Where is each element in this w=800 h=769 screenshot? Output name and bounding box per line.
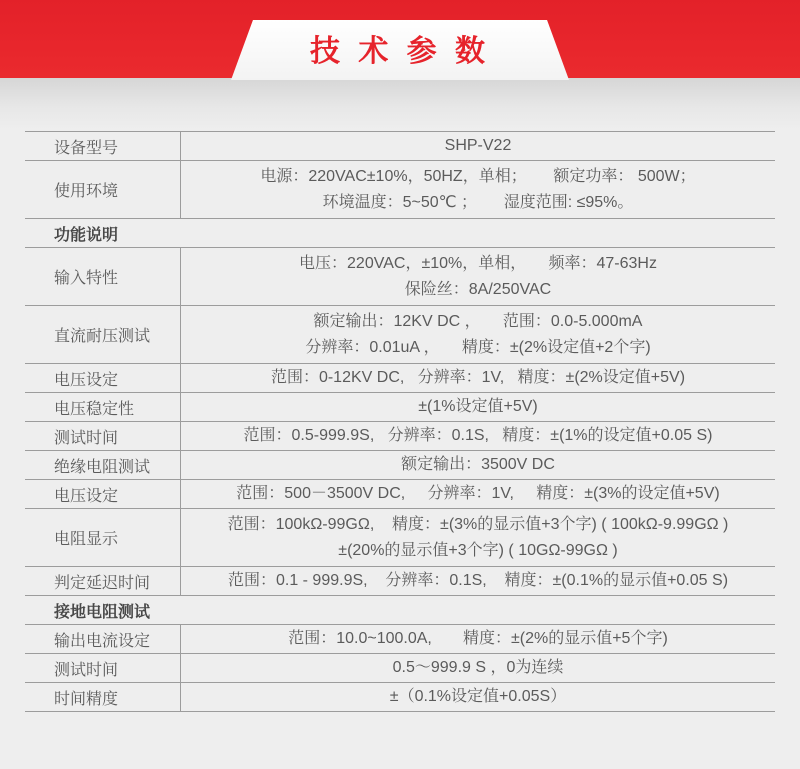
row-value-line: 范围：100kΩ-99GΩ, 精度：±(3%的显示值+3个字) ( 100kΩ-… <box>228 512 729 538</box>
table-row: 输出电流设定范围：10.0~100.0A, 精度：±(2%的显示值+5个字) <box>25 625 775 654</box>
table-row: 时间精度±（0.1%设定值+0.05S） <box>25 683 775 712</box>
row-value-line: 保险丝：8A/250VAC <box>405 277 551 303</box>
row-label: 绝缘电阻测试 <box>25 451 181 479</box>
row-label: 判定延迟时间 <box>25 567 181 595</box>
row-value-line: ±(20%的显示值+3个字) ( 10GΩ-99GΩ ) <box>338 538 617 564</box>
row-value-line: 范围：0.5-999.9S, 分辨率：0.1S, 精度：±(1%的设定值+0.0… <box>244 423 713 449</box>
row-label: 输入特性 <box>25 248 181 305</box>
row-value: 范围：0.1 - 999.9S, 分辨率：0.1S, 精度：±(0.1%的显示值… <box>181 567 775 595</box>
table-row: 输入特性电压：220VAC，±10%，单相， 频率：47-63Hz保险丝：8A/… <box>25 248 775 306</box>
row-value: 范围：0-12KV DC, 分辨率：1V, 精度：±(2%设定值+5V) <box>181 364 775 392</box>
table-row: 绝缘电阻测试额定输出：3500V DC <box>25 451 775 480</box>
row-label: 输出电流设定 <box>25 625 181 653</box>
row-label: 直流耐压测试 <box>25 306 181 363</box>
row-label: 功能说明 <box>25 219 775 247</box>
row-value-line: 额定输出：12KV DC ， 范围：0.0-5.000mA <box>314 309 643 335</box>
table-row: 电压稳定性±(1%设定值+5V) <box>25 393 775 422</box>
row-label: 电压设定 <box>25 364 181 392</box>
table-row: 设备型号SHP-V22 <box>25 132 775 161</box>
table-row: 直流耐压测试额定输出：12KV DC ， 范围：0.0-5.000mA分辨率：0… <box>25 306 775 364</box>
page-title: 技 术 参 数 <box>310 26 490 70</box>
row-value-line: 分辨率：0.01uA ， 精度：±(2%设定值+2个字) <box>305 335 650 361</box>
row-value-line: 范围：10.0~100.0A, 精度：±(2%的显示值+5个字) <box>288 626 668 652</box>
row-value: 范围：100kΩ-99GΩ, 精度：±(3%的显示值+3个字) ( 100kΩ-… <box>181 509 775 566</box>
row-label: 测试时间 <box>25 654 181 682</box>
row-value-line: 电源：220VAC±10%，50HZ，单相； 额定功率： 500W； <box>260 164 695 190</box>
row-value-line: ±（0.1%设定值+0.05S） <box>390 684 566 710</box>
row-value-line: 范围：0-12KV DC, 分辨率：1V, 精度：±(2%设定值+5V) <box>271 365 685 391</box>
row-value: 范围：10.0~100.0A, 精度：±(2%的显示值+5个字) <box>181 625 775 653</box>
table-row: 测试时间范围：0.5-999.9S, 分辨率：0.1S, 精度：±(1%的设定值… <box>25 422 775 451</box>
row-value: 额定输出：12KV DC ， 范围：0.0-5.000mA分辨率：0.01uA … <box>181 306 775 363</box>
row-label: 测试时间 <box>25 422 181 450</box>
table-row: 电阻显示范围：100kΩ-99GΩ, 精度：±(3%的显示值+3个字) ( 10… <box>25 509 775 567</box>
row-label: 设备型号 <box>25 132 181 160</box>
table-row: 电压设定范围：500－3500V DC, 分辨率：1V, 精度：±(3%的设定值… <box>25 480 775 509</box>
row-value: 范围：0.5-999.9S, 分辨率：0.1S, 精度：±(1%的设定值+0.0… <box>181 422 775 450</box>
row-value: ±(1%设定值+5V) <box>181 393 775 421</box>
row-value: 额定输出：3500V DC <box>181 451 775 479</box>
row-value-line: 额定输出：3500V DC <box>401 452 555 478</box>
row-value-line: ±(1%设定值+5V) <box>418 394 537 420</box>
section-header-row: 接地电阻测试 <box>25 596 775 625</box>
row-value: 电源：220VAC±10%，50HZ，单相； 额定功率： 500W；环境温度：5… <box>181 161 775 218</box>
row-value-line: 范围：500－3500V DC, 分辨率：1V, 精度：±(3%的设定值+5V) <box>236 481 719 507</box>
row-label: 接地电阻测试 <box>25 596 775 624</box>
top-banner: 技 术 参 数 <box>0 0 800 78</box>
row-label: 使用环境 <box>25 161 181 218</box>
row-value-line: 范围：0.1 - 999.9S, 分辨率：0.1S, 精度：±(0.1%的显示值… <box>228 568 728 594</box>
spec-table: 设备型号SHP-V22使用环境电源：220VAC±10%，50HZ，单相； 额定… <box>25 131 775 712</box>
table-row: 判定延迟时间范围：0.1 - 999.9S, 分辨率：0.1S, 精度：±(0.… <box>25 567 775 596</box>
row-value: 电压：220VAC，±10%，单相， 频率：47-63Hz保险丝：8A/250V… <box>181 248 775 305</box>
row-value-line: 环境温度：5~50℃ ； 湿度范围: ≤95%。 <box>323 190 634 216</box>
section-header-row: 功能说明 <box>25 219 775 248</box>
title-trapezoid: 技 术 参 数 <box>231 20 569 80</box>
row-value: SHP-V22 <box>181 132 775 160</box>
row-label: 电阻显示 <box>25 509 181 566</box>
row-value: 范围：500－3500V DC, 分辨率：1V, 精度：±(3%的设定值+5V) <box>181 480 775 508</box>
row-label: 电压设定 <box>25 480 181 508</box>
table-row: 测试时间0.5～999.9 S ，0为连续 <box>25 654 775 683</box>
banner-shadow-strip <box>0 78 800 130</box>
row-value: ±（0.1%设定值+0.05S） <box>181 683 775 711</box>
row-value: 0.5～999.9 S ，0为连续 <box>181 654 775 682</box>
table-row: 使用环境电源：220VAC±10%，50HZ，单相； 额定功率： 500W；环境… <box>25 161 775 219</box>
row-value-line: 电压：220VAC，±10%，单相， 频率：47-63Hz <box>299 251 657 277</box>
table-row: 电压设定范围：0-12KV DC, 分辨率：1V, 精度：±(2%设定值+5V) <box>25 364 775 393</box>
row-label: 电压稳定性 <box>25 393 181 421</box>
row-value-line: SHP-V22 <box>445 133 512 159</box>
row-label: 时间精度 <box>25 683 181 711</box>
row-value-line: 0.5～999.9 S ，0为连续 <box>393 655 564 681</box>
